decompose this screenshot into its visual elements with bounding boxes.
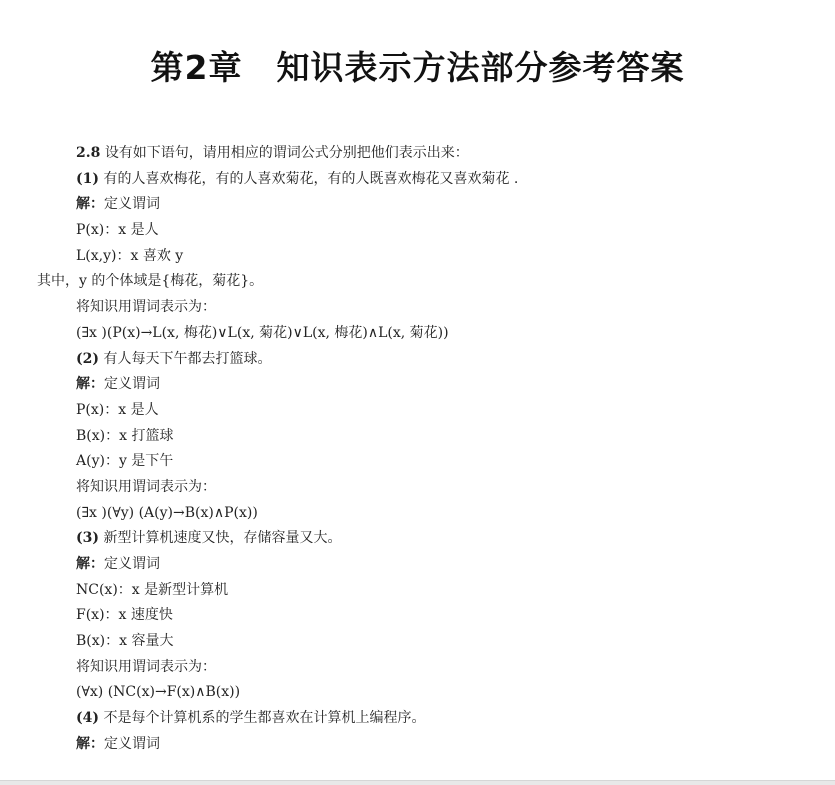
formula-intro: 将知识用谓词表示为：	[0, 295, 835, 321]
solution-heading: 解：定义谓词	[0, 372, 835, 398]
predicate-definition: F(x)：x 速度快	[0, 603, 835, 629]
sub-question-3: (3) 新型计算机速度又快，存储容量又大。	[0, 526, 835, 552]
chapter-heading: 知识表示方法部分参考答案	[276, 48, 684, 87]
predicate-definition: B(x)：x 打篮球	[0, 424, 835, 450]
predicate-definition: NC(x)：x 是新型计算机	[0, 578, 835, 604]
document-page: 第2章知识表示方法部分参考答案 2.8 设有如下语句，请用相应的谓词公式分别把他…	[0, 0, 835, 780]
predicate-definition: L(x,y)：x 喜欢 y	[0, 244, 835, 270]
formula: (∃x )(∀y) (A(y)→B(x)∧P(x))	[0, 501, 835, 527]
formula: (∀x) (NC(x)→F(x)∧B(x))	[0, 680, 835, 706]
solution-heading: 解：定义谓词	[0, 192, 835, 218]
formula-intro: 将知识用谓词表示为：	[0, 655, 835, 681]
formula-intro: 将知识用谓词表示为：	[0, 475, 835, 501]
sub-question-2: (2) 有人每天下午都去打篮球。	[0, 347, 835, 373]
solution-heading: 解：定义谓词	[0, 552, 835, 578]
sub-question-1: (1) 有的人喜欢梅花，有的人喜欢菊花，有的人既喜欢梅花又喜欢菊花 .	[0, 167, 835, 193]
problem-statement: 2.8 设有如下语句，请用相应的谓词公式分别把他们表示出来：	[0, 141, 835, 167]
document-body: 2.8 设有如下语句，请用相应的谓词公式分别把他们表示出来： (1) 有的人喜欢…	[0, 141, 835, 754]
predicate-definition: P(x)：x 是人	[0, 398, 835, 424]
page-bottom-edge	[0, 780, 835, 785]
chapter-number: 第2章	[151, 48, 243, 87]
solution-heading: 解：定义谓词	[0, 732, 835, 754]
sub-question-4: (4) 不是每个计算机系的学生都喜欢在计算机上编程序。	[0, 706, 835, 732]
predicate-definition: P(x)：x 是人	[0, 218, 835, 244]
chapter-title: 第2章知识表示方法部分参考答案	[0, 42, 835, 89]
formula: (∃x )(P(x)→L(x, 梅花)∨L(x, 菊花)∨L(x, 梅花)∧L(…	[0, 321, 835, 347]
domain-note: 其中，y 的个体域是{梅花，菊花}。	[0, 269, 835, 295]
predicate-definition: A(y)：y 是下午	[0, 449, 835, 475]
predicate-definition: B(x)：x 容量大	[0, 629, 835, 655]
